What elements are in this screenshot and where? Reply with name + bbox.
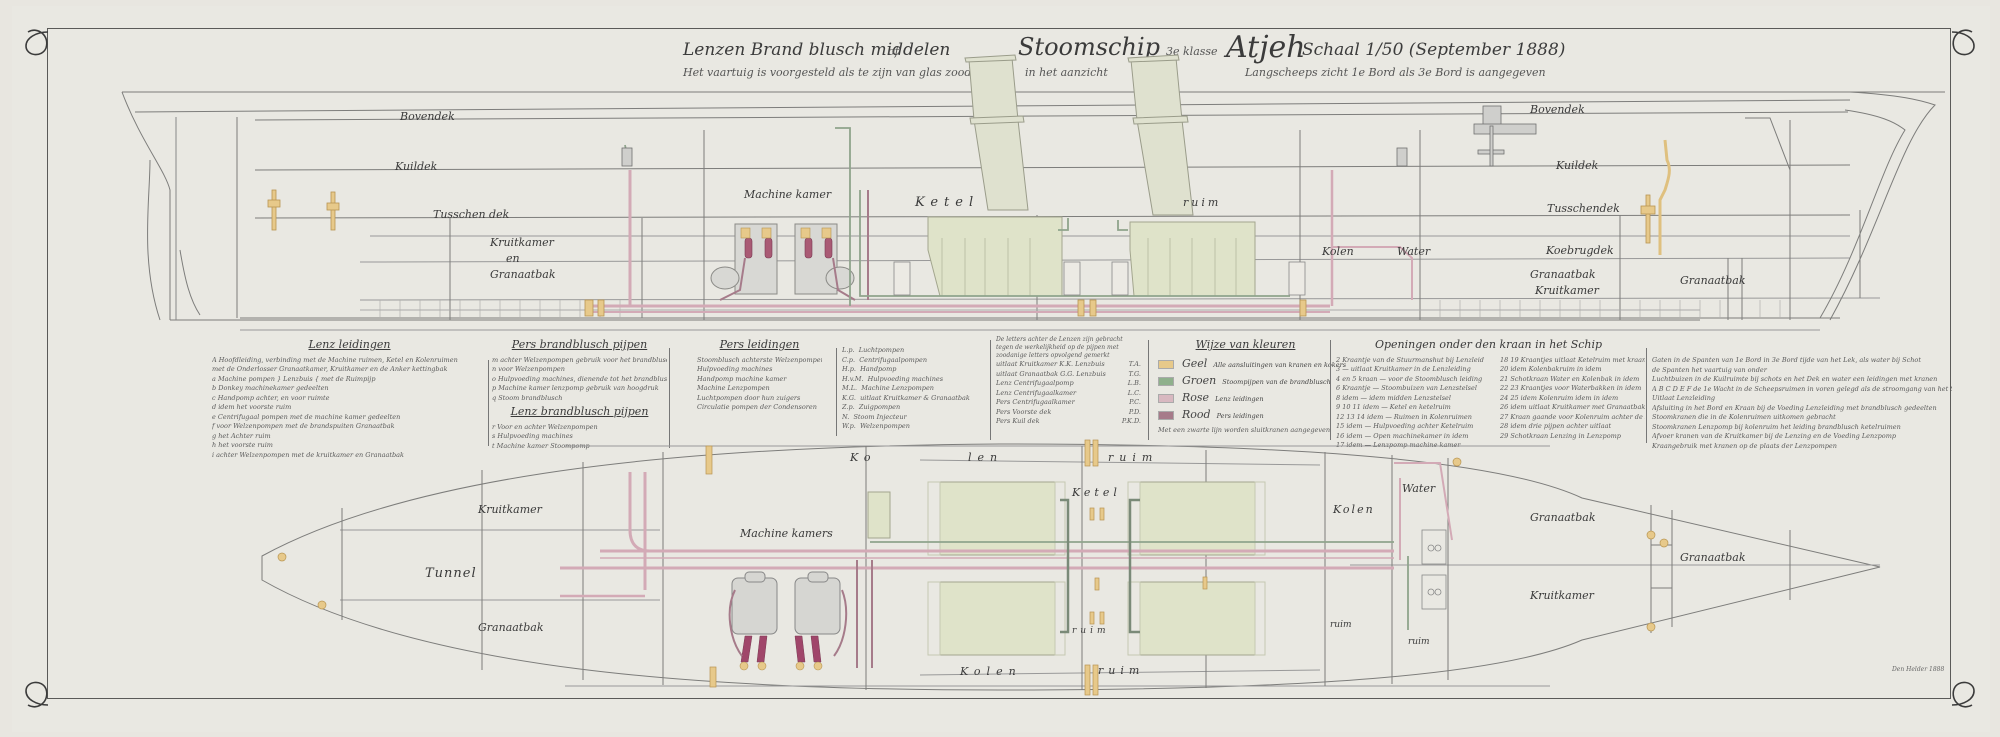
plan-label-kolen-top-1: Ko <box>850 451 877 464</box>
plan-label-kruitkamer-fwd: Kruitkamer <box>1530 589 1594 602</box>
plan-label-kruitkamer-aft: Kruitkamer <box>478 503 542 516</box>
plan-label-ruim-bottom: ruim <box>1098 664 1144 677</box>
plan-label-granaatbak-aft: Granaatbak <box>478 621 544 634</box>
plan-label-ruim-fwd-2: ruim <box>1408 637 1430 647</box>
plan-label-ketel: Ketel <box>1072 486 1121 499</box>
plan-label-kolen-top-2: len <box>968 451 1003 464</box>
plan-label-machinekamers: Machine kamers <box>740 527 833 540</box>
plan-label-kolen-bottom: Kolen <box>960 665 1022 678</box>
plan-label-water: Water <box>1402 482 1435 495</box>
signature: Den Helder 1888 <box>1892 666 1944 673</box>
plan-view-drawing <box>0 0 2000 737</box>
plan-label-ruim-fwd-1: ruim <box>1330 620 1352 630</box>
plan-label-ruim-top: ruim <box>1108 451 1158 464</box>
plan-label-ruim-mid: ruim <box>1072 626 1110 636</box>
plan-label-tunnel: Tunnel <box>425 566 477 581</box>
plan-label-granaatbak-fwd-2: Granaatbak <box>1680 551 1746 564</box>
plan-label-kolen-fwd: Kolen <box>1333 503 1375 516</box>
plan-label-granaatbak-fwd-1: Granaatbak <box>1530 511 1596 524</box>
